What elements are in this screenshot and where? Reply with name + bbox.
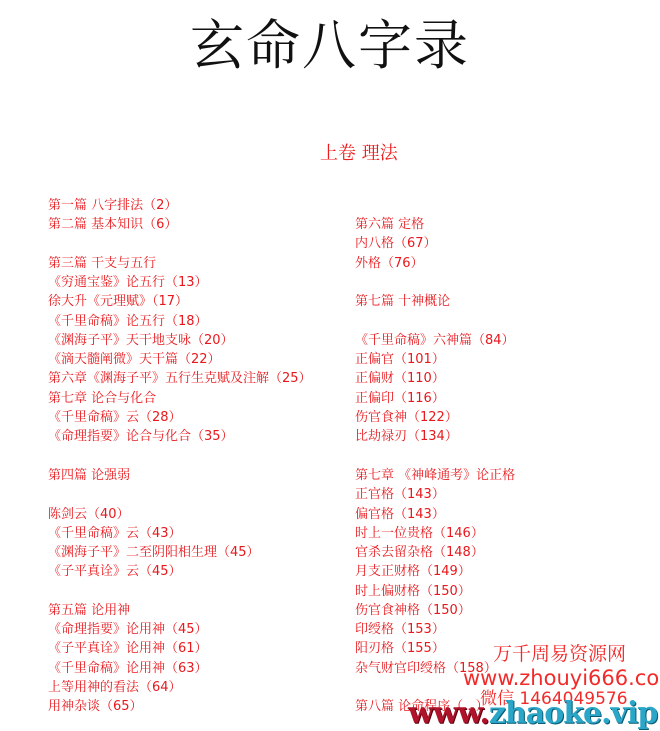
toc-entry[interactable]: 陈剑云（40） xyxy=(48,507,130,523)
toc-entry[interactable]: 印绶格（153） xyxy=(355,622,445,638)
toc-entry[interactable]: 正偏印（116） xyxy=(355,391,445,407)
toc-entry[interactable]: 正官格（143） xyxy=(355,487,445,503)
watermark-logo-domain: zhaoke.vip xyxy=(489,696,657,731)
toc-entry[interactable]: 第三篇 干支与五行 xyxy=(48,256,156,272)
toc-entry[interactable]: 杂气财官印绶格（158） xyxy=(355,661,497,677)
toc-entry[interactable]: 第一篇 八字排法（2） xyxy=(48,198,177,214)
toc-entry[interactable]: 《千里命稿》论五行（18） xyxy=(48,314,208,330)
toc-entry[interactable]: 正偏官（101） xyxy=(355,352,445,368)
volume-heading: 上卷 理法 xyxy=(320,143,398,165)
toc-entry[interactable]: 《子平真诠》论用神（61） xyxy=(48,641,208,657)
toc-entry[interactable]: 比劫禄刃（134） xyxy=(355,429,458,445)
toc-entry[interactable]: 伤官食神（122） xyxy=(355,410,458,426)
toc-entry[interactable]: 第四篇 论强弱 xyxy=(48,468,130,484)
toc-entry[interactable]: 《千里命稿》云（28） xyxy=(48,410,182,426)
toc-entry[interactable]: 徐大升《元理赋》（17） xyxy=(48,294,188,310)
toc-entry[interactable]: 《命理指要》论用神（45） xyxy=(48,622,208,638)
toc-entry[interactable]: 《子平真诠》云（45） xyxy=(48,564,182,580)
toc-entry[interactable]: 内八格（67） xyxy=(355,236,437,252)
toc-entry[interactable]: 第八篇 论命程序（...） xyxy=(355,699,489,715)
toc-entry[interactable]: 第七章 论合与化合 xyxy=(48,391,156,407)
document-title: 玄命八字录 xyxy=(0,14,660,78)
toc-entry[interactable]: 用神杂谈（65） xyxy=(48,699,143,715)
watermark-wechat: 微信 1464049576 xyxy=(480,689,628,709)
toc-entry[interactable]: 第七篇 十神概论 xyxy=(355,294,450,310)
toc-entry[interactable]: 外格（76） xyxy=(355,256,424,272)
toc-entry[interactable]: 《千里命稿》六神篇（84） xyxy=(355,333,515,349)
toc-entry[interactable]: 阳刃格（155） xyxy=(355,641,445,657)
toc-entry[interactable]: 《千里命稿》论用神（63） xyxy=(48,661,208,677)
toc-entry[interactable]: 第七章 《神峰通考》论正格 xyxy=(355,468,515,484)
toc-entry[interactable]: 《千里命稿》云（43） xyxy=(48,526,182,542)
toc-entry[interactable]: 时上偏财格（150） xyxy=(355,584,471,600)
toc-entry[interactable]: 偏官格（143） xyxy=(355,507,445,523)
toc-entry[interactable]: 《渊海子平》天干地支咏（20） xyxy=(48,333,234,349)
toc-entry[interactable]: 《渊海子平》二至阴阳相生理（45） xyxy=(48,545,260,561)
toc-entry[interactable]: 《命理指要》论合与化合（35） xyxy=(48,429,234,445)
toc-entry[interactable]: 正偏财（110） xyxy=(355,371,445,387)
toc-entry[interactable]: 官杀去留杂格（148） xyxy=(355,545,484,561)
toc-entry[interactable]: 《穷通宝鉴》论五行（13） xyxy=(48,275,208,291)
toc-entry[interactable]: 第二篇 基本知识（6） xyxy=(48,217,177,233)
toc-entry[interactable]: 《滴天髓阐微》天干篇（22） xyxy=(48,352,221,368)
toc-entry[interactable]: 第六章《渊海子平》五行生克赋及注解（25） xyxy=(48,371,312,387)
toc-entry[interactable]: 上等用神的看法（64） xyxy=(48,680,182,696)
toc-entry[interactable]: 第六篇 定格 xyxy=(355,217,424,233)
toc-entry[interactable]: 月支正财格（149） xyxy=(355,564,471,580)
watermark-site-name: 万千周易资源网 xyxy=(493,643,626,665)
toc-entry[interactable]: 伤官食神格（150） xyxy=(355,603,471,619)
toc-entry[interactable]: 第五篇 论用神 xyxy=(48,603,130,619)
toc-entry[interactable]: 时上一位贵格（146） xyxy=(355,526,484,542)
